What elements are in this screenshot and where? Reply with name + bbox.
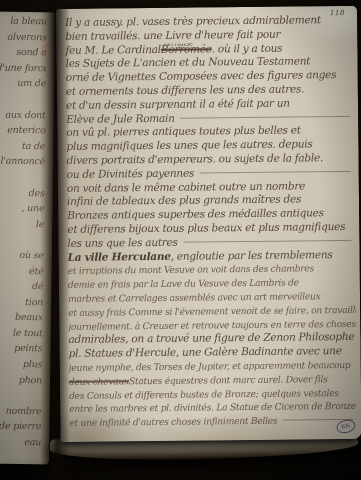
- manuscript-line: et une infinité d'autres choses infinime…: [69, 414, 357, 431]
- facing-page-fragment: beaux: [0, 310, 43, 326]
- facing-page-fragment: um de: [0, 76, 46, 92]
- facing-page-fragment: [0, 232, 44, 248]
- manuscript-page: 118 Il y a aussy. pl. vases très precieu…: [56, 6, 361, 442]
- facing-page-fragment: sond a: [0, 45, 47, 61]
- facing-page-fragment: [0, 388, 42, 404]
- facing-page-fragment: phon: [0, 372, 42, 388]
- facing-page-fragment: dé: [0, 279, 43, 295]
- facing-page-fragment: d'une force: [0, 60, 46, 76]
- facing-page-fragment: nombre: [0, 403, 42, 419]
- facing-page-fragment: de pierre: [0, 419, 41, 435]
- facing-page-text-fragments: la bleaualveronssond ad'une forceum deau…: [0, 14, 47, 461]
- manuscript-text: Il y a aussy. pl. vases très precieux ad…: [65, 14, 357, 437]
- facing-page-fragment: le: [0, 216, 44, 232]
- manuscript-photo: la bleaualveronssond ad'une forceum deau…: [0, 0, 361, 480]
- facing-page-fragment: le tout: [0, 325, 43, 341]
- facing-page-fragment: [0, 92, 46, 108]
- facing-page-fragment: , une: [0, 201, 45, 217]
- facing-page-fragment: enterico: [0, 123, 46, 139]
- pen-flourish-rule: [181, 116, 351, 119]
- facing-page-fragment: [0, 170, 45, 186]
- facing-page-fragment: où se: [0, 248, 44, 264]
- facing-page-fragment: peints: [0, 341, 43, 357]
- pen-flourish-rule: [184, 240, 352, 243]
- facing-page-fragment: des: [0, 185, 45, 201]
- facing-page-fragment: alverons: [0, 29, 47, 45]
- facing-page-edge: la bleaualveronssond ad'une forceum deau…: [0, 12, 55, 465]
- facing-page-fragment: la bleau: [0, 14, 47, 30]
- facing-page-fragment: été: [0, 263, 44, 279]
- facing-page-fragment: aux dont: [0, 107, 46, 123]
- facing-page-fragment: plus: [0, 357, 42, 373]
- facing-page-fragment: eau: [0, 435, 41, 451]
- interlinear-insertion: Vernaise: [163, 41, 193, 50]
- library-stamp-label: BN: [341, 423, 352, 431]
- pen-flourish-rule: [200, 171, 351, 174]
- facing-page-fragment: ta de: [0, 138, 45, 154]
- facing-page-fragment: tion: [0, 294, 43, 310]
- facing-page-fragment: l'annoncé: [0, 154, 45, 170]
